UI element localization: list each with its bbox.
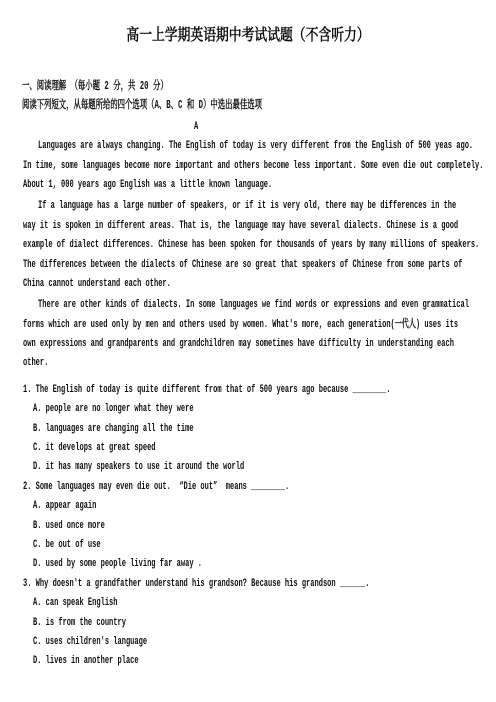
passage-paragraph: If a language has a large number of spea… (0, 197, 496, 294)
passage-line: own expressions and grandparents and gra… (23, 335, 326, 354)
question-option: D. lives in another place (33, 652, 329, 671)
question-option: A. can speak English (33, 594, 329, 613)
question-list: 1. The English of today is quite differe… (0, 381, 496, 672)
question-option: A. appear again (33, 497, 329, 516)
section-instruction: 阅读下列短文，从每题所给的四个选项（A、B、C 和 D）中选出最佳选项 (22, 96, 325, 115)
question-option: B. is from the country (33, 614, 329, 633)
exam-document: 高一上学期英语期中考试试题（不含听力） 一、阅读理解 （每小题 2 分，共 20… (0, 0, 496, 702)
question-option: A. people are no longer what they were (33, 400, 329, 419)
passage-line: China cannot understand each other. (23, 275, 326, 294)
passage-line: About 1, 000 years ago English was a lit… (23, 176, 326, 195)
passage-line: forms which are used only by men and oth… (23, 316, 326, 335)
question-option: D. used by some people living far away . (33, 555, 329, 574)
section-heading: 一、阅读理解 （每小题 2 分，共 20 分） (22, 77, 325, 96)
question-option: C. it develops at great speed (33, 439, 329, 458)
question-option: B. used once more (33, 517, 329, 536)
question-option: B. languages are changing all the time (33, 420, 329, 439)
question-stem: 1. The English of today is quite differe… (23, 381, 326, 400)
passage-paragraph: Languages are always changing. The Engli… (0, 137, 496, 195)
passage-line: other. (23, 354, 326, 373)
passage-line: There are other kinds of dialects. In so… (38, 296, 331, 315)
question-stem: 2. Some languages may even die out. “Die… (23, 478, 326, 497)
question-stem: 3. Why doesn't a grandfather understand … (23, 575, 326, 594)
page-title: 高一上学期英语期中考试试题（不含听力） (50, 25, 447, 47)
passage-paragraphs: Languages are always changing. The Engli… (0, 137, 496, 374)
question-block: 2. Some languages may even die out. “Die… (0, 478, 496, 575)
passage-label: A (194, 118, 387, 137)
question-block: 1. The English of today is quite differe… (0, 381, 496, 478)
passage-line: example of dialect differences. Chinese … (23, 236, 326, 255)
passage-line: If a language has a large number of spea… (38, 197, 331, 216)
passage-paragraph: There are other kinds of dialects. In so… (0, 296, 496, 374)
passage-line: In time, some languages become more impo… (23, 157, 326, 176)
question-block: 3. Why doesn't a grandfather understand … (0, 575, 496, 672)
question-option: C. uses children's language (33, 633, 329, 652)
question-option: C. be out of use (33, 536, 329, 555)
question-option: D. it has many speakers to use it around… (33, 458, 329, 477)
passage-line: The differences between the dialects of … (23, 256, 326, 275)
passage-line: way it is spoken in different areas. Tha… (23, 217, 326, 236)
passage-line: Languages are always changing. The Engli… (38, 137, 331, 156)
